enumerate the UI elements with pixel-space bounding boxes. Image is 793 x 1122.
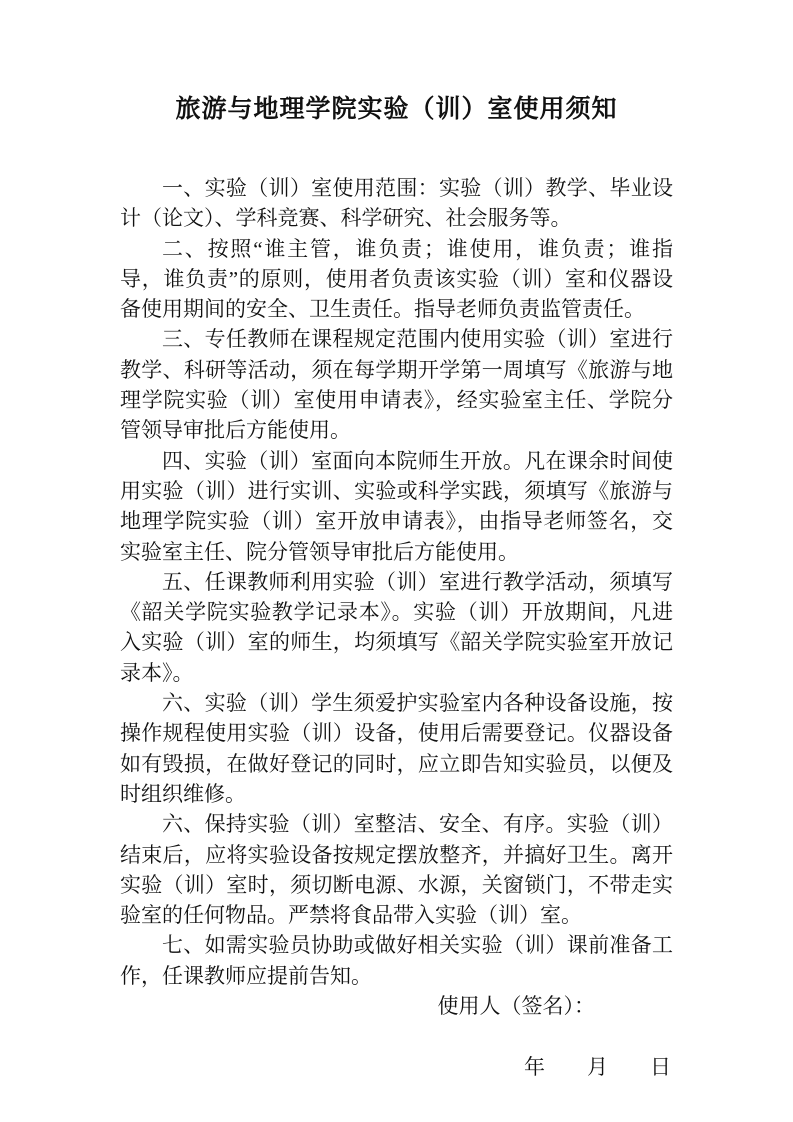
clause-paragraph-8: 七、如需实验员协助或做好相关实验（训）课前准备工作，任课教师应提前告知。 (120, 930, 673, 991)
document-title: 旅游与地理学院实验（训）室使用须知 (120, 88, 673, 132)
clause-paragraph-5: 五、任课教师利用实验（训）室进行教学活动，须填写《韶关学院实验教学记录本》。实验… (120, 567, 673, 688)
clause-paragraph-6: 六、实验（训）学生须爱护实验室内各种设备设施，按操作规程使用实验（训）设备，使用… (120, 688, 673, 809)
clause-paragraph-2: 二、按照“谁主管，谁负责；谁使用，谁负责；谁指导，谁负责”的原则，使用者负责该实… (120, 234, 673, 325)
signature-label: 使用人（签名）： (120, 991, 673, 1021)
clause-paragraph-1: 一、实验（训）室使用范围：实验（训）教学、毕业设计（论文）、学科竞赛、科学研究、… (120, 173, 673, 234)
clause-paragraph-4: 四、实验（训）室面向本院师生开放。凡在课余时间使用实验（训）进行实训、实验或科学… (120, 446, 673, 567)
date-line: 年 月 日 (120, 1052, 673, 1082)
clause-paragraph-7: 六、保持实验（训）室整洁、安全、有序。实验（训）结束后，应将实验设备按规定摆放整… (120, 809, 673, 930)
document-page: 旅游与地理学院实验（训）室使用须知 一、实验（训）室使用范围：实验（训）教学、毕… (0, 0, 793, 1122)
clause-paragraph-3: 三、专任教师在课程规定范围内使用实验（训）室进行教学、科研等活动，须在每学期开学… (120, 324, 673, 445)
